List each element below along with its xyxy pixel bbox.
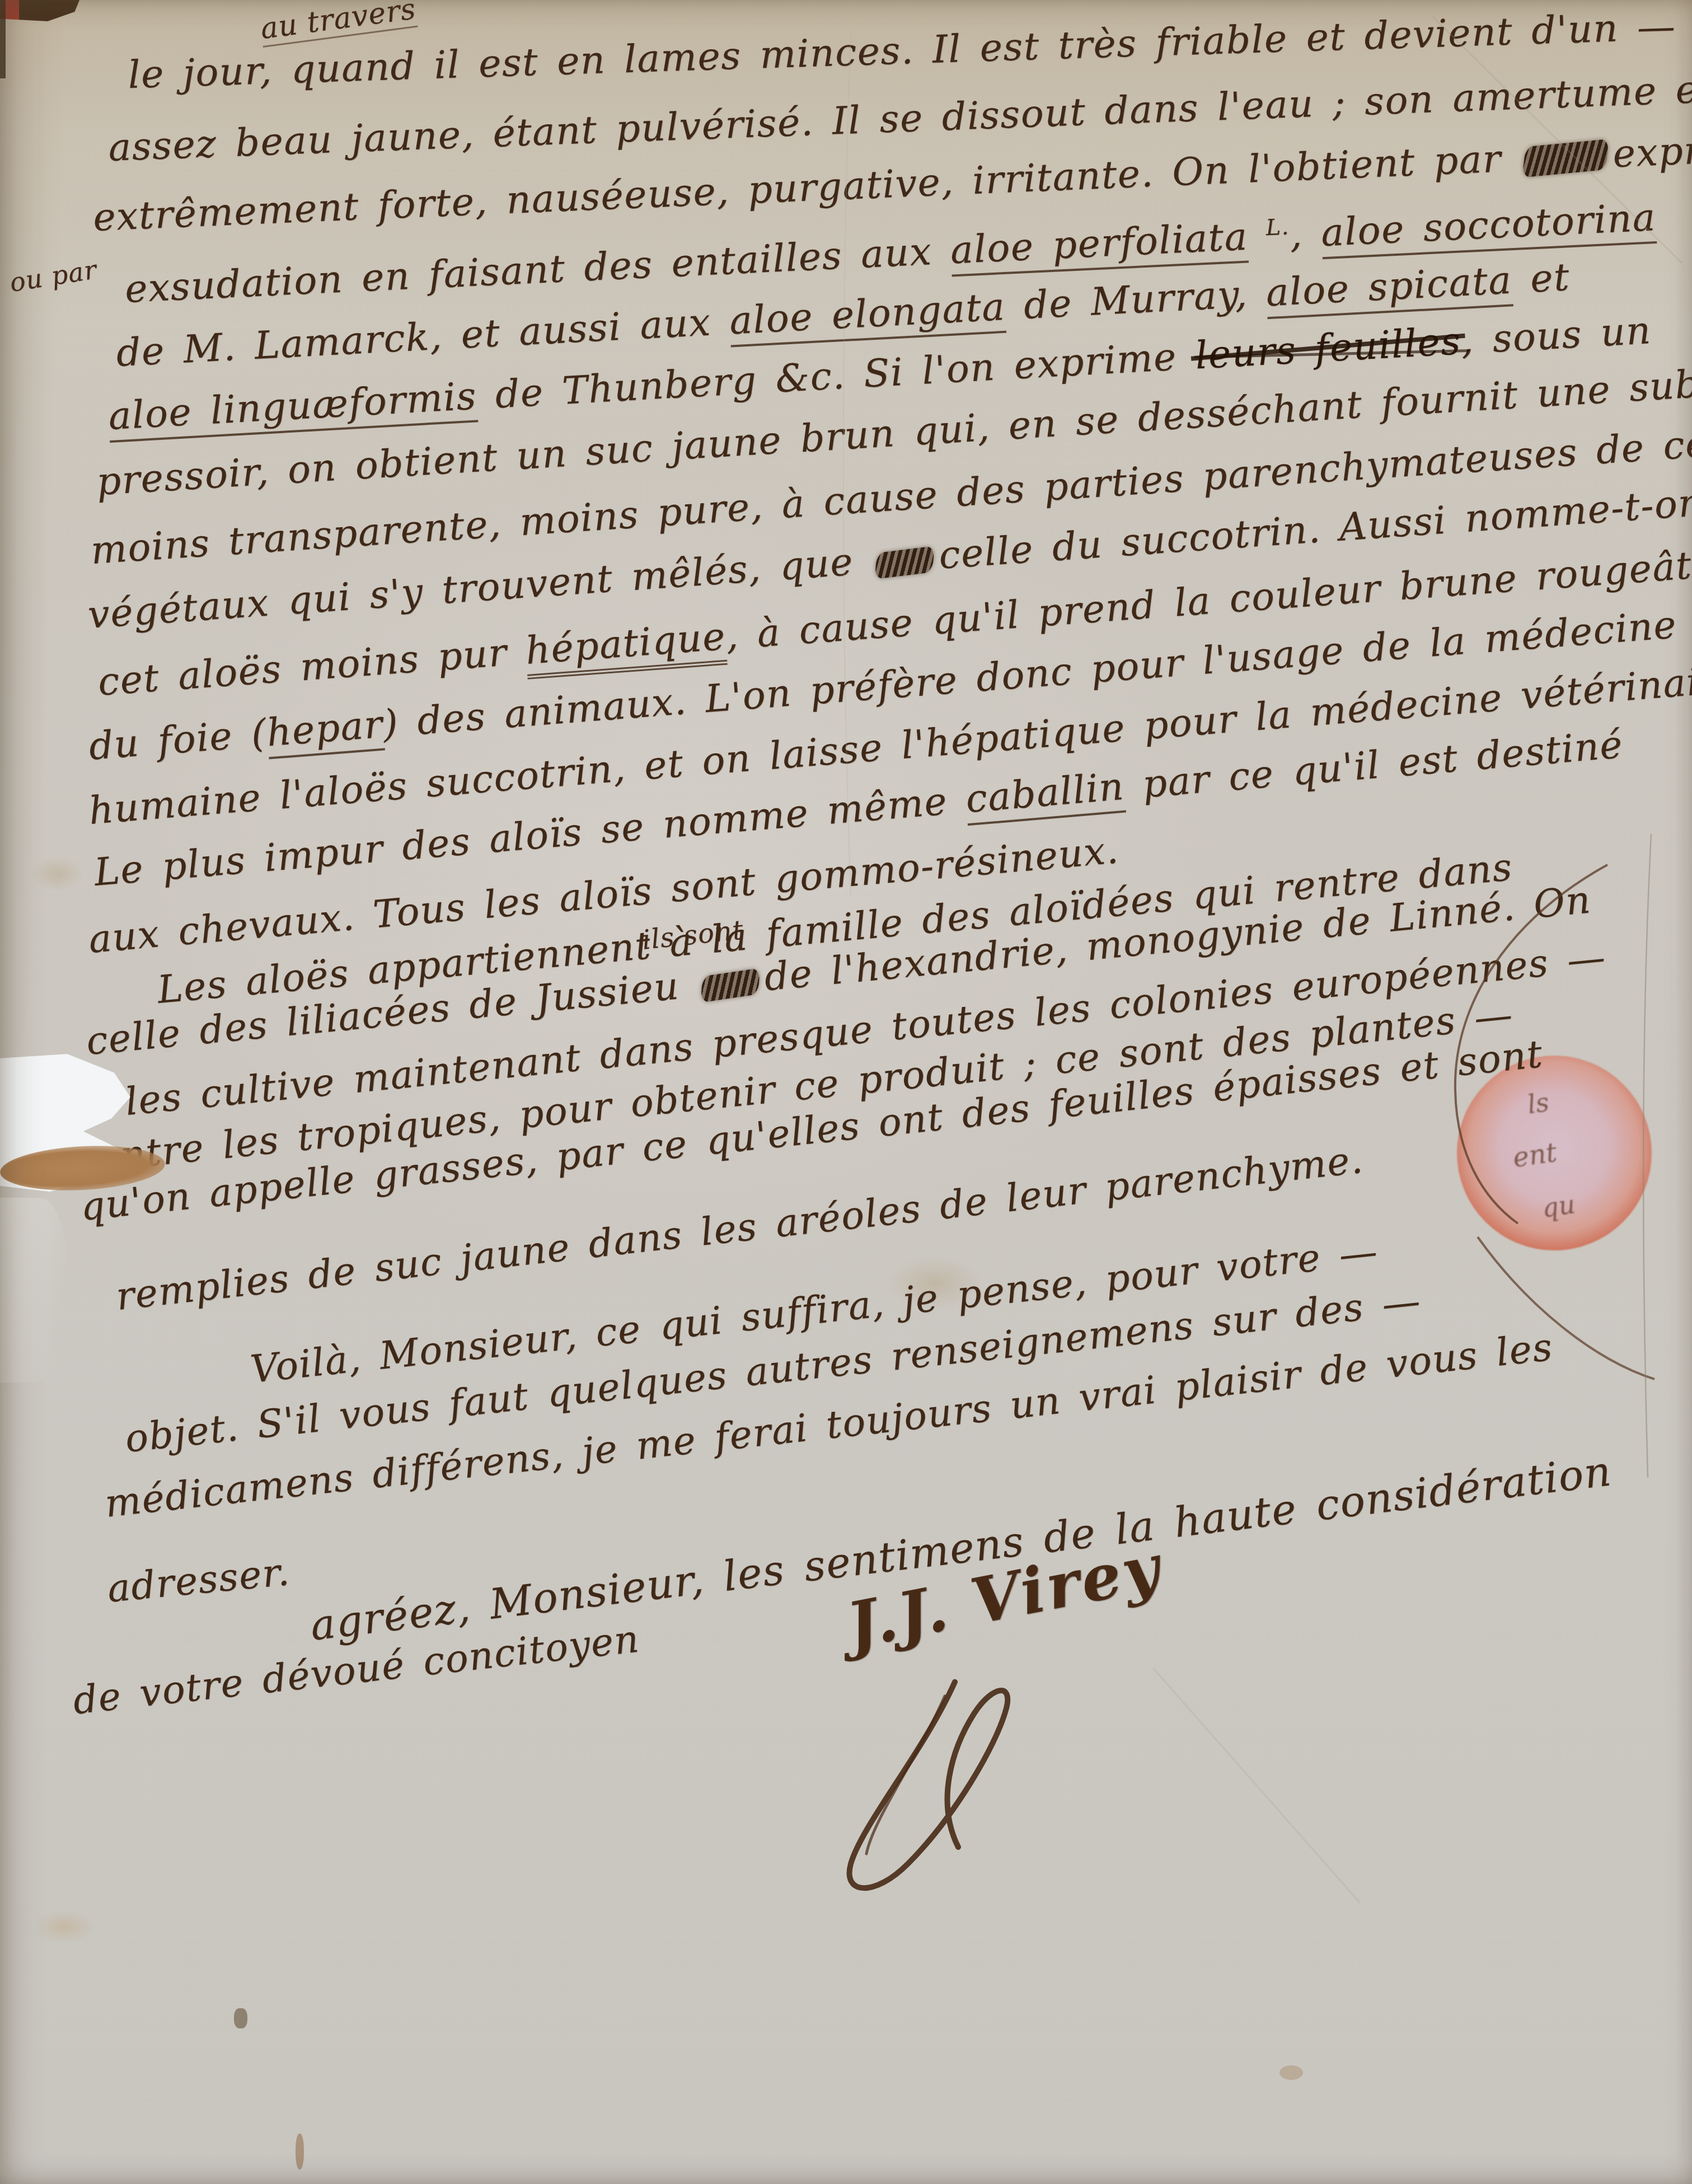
seal-bleedthrough-text: ent — [1511, 1137, 1559, 1174]
line-text: expression — [1612, 123, 1692, 176]
underlined-term: aloe perfoliata — [949, 214, 1249, 276]
ink-blot-icon — [701, 968, 760, 1002]
underlined-term: hépatique — [524, 615, 728, 679]
scan-edge-artifact — [0, 0, 79, 21]
line-text: de M. Lamarck, et aussi aux — [115, 299, 731, 376]
ink-blot-icon — [874, 546, 934, 579]
line-text: du foie ( — [87, 711, 269, 769]
wax-seal: ls ent qu — [1457, 1056, 1652, 1250]
paper-stain — [0, 1198, 67, 1382]
seal-bleedthrough-text: ls — [1525, 1087, 1550, 1120]
ink-blot-icon — [1522, 139, 1609, 177]
letter-page: ls ent qu ou par au travers ils sont le … — [0, 0, 1692, 2184]
interline-insertion-icon: au travers — [259, 0, 418, 48]
seal-bleedthrough-text: qu — [1540, 1189, 1577, 1224]
underlined-term: aloe elongata — [728, 285, 1006, 348]
underlined-term: aloe linguæformis — [107, 374, 479, 443]
line-text: adresser. — [105, 1550, 292, 1611]
underlined-term: aloe spicata — [1265, 258, 1513, 319]
line-text: et — [1511, 255, 1571, 302]
paper-stain — [234, 2008, 247, 2028]
struck-text: leurs feuilles — [1194, 319, 1462, 378]
line-text — [1246, 214, 1267, 259]
letter-line: adresser. — [105, 1550, 292, 1611]
line-text: cet aloës moins pur — [96, 629, 527, 705]
margin-note: ou par — [8, 254, 99, 298]
paper-stain — [1279, 2065, 1303, 2080]
scan-edge-artifact — [0, 0, 6, 78]
paper-stain — [296, 2134, 304, 2169]
underlined-term: aloe soccotorina — [1320, 195, 1657, 259]
line-text: , sous un — [1460, 308, 1652, 363]
line-text: L. — [1266, 214, 1290, 241]
paper-stain — [31, 856, 84, 891]
underlined-term: hepar — [265, 702, 385, 760]
line-text: de Murray, — [1004, 271, 1267, 329]
paper-stain — [34, 1910, 95, 1943]
underlined-term: caballin — [964, 765, 1126, 826]
line-text: , — [1288, 211, 1322, 257]
